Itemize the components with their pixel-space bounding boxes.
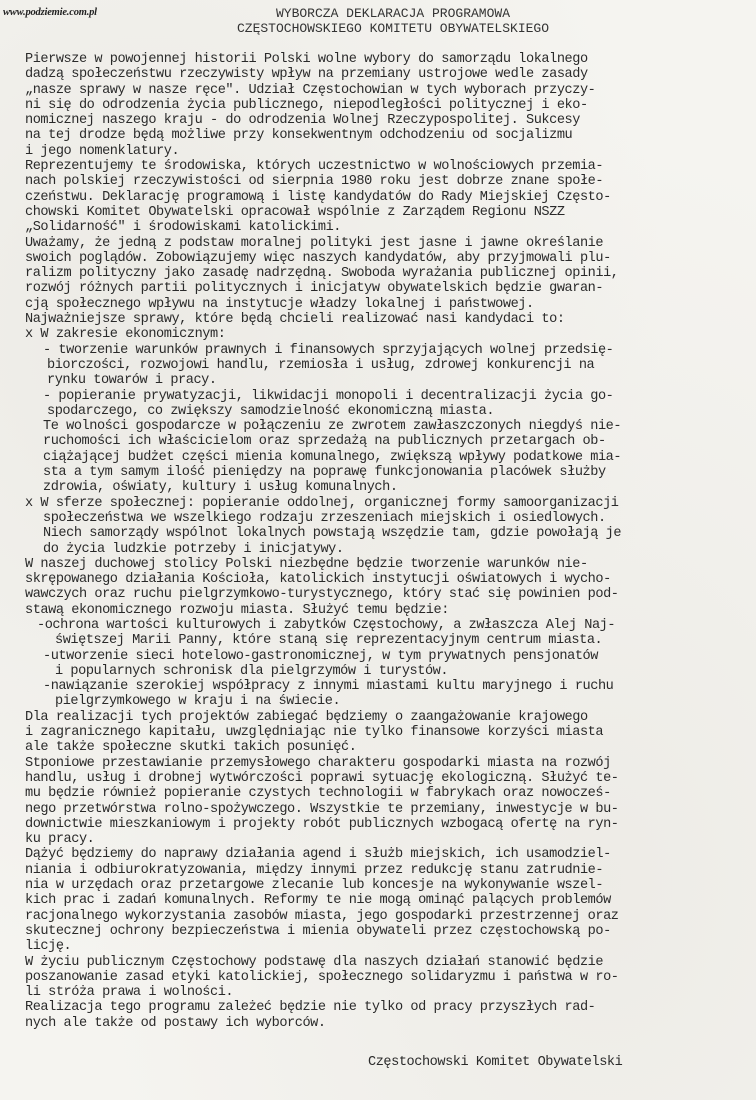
text-line: downictwie mieszkaniowym i projekty robó… (25, 817, 750, 832)
document-title: WYBORCZA DEKLARACJA PROGRAMOWA CZĘSTOCHO… (0, 6, 756, 36)
text-line: ruchomości ich właścicielom oraz sprzeda… (25, 434, 750, 449)
text-line: ni się do odrodzenia życia publicznego, … (25, 98, 750, 113)
text-line: racjonalnego wykorzystania zasobów miast… (25, 909, 750, 924)
text-line: rynku towarów i pracy. (25, 373, 750, 388)
text-line: nomicznej naszego kraju - do odrodzenia … (25, 113, 750, 128)
text-line: swoich poglądów. Zobowiązujemy więc nasz… (25, 251, 750, 266)
text-line: W życiu publicznym Częstochowy podstawę … (25, 955, 750, 970)
text-line: ralizm polityczny jako zasadę nadrzędną.… (25, 266, 750, 281)
text-line: Realizacja tego programu zależeć będzie … (25, 1000, 750, 1015)
text-line: skrępowanego działania Kościoła, katolic… (25, 572, 750, 587)
text-line: niania i odbiurokratyzowania, między inn… (25, 863, 750, 878)
signature: Częstochowski Komitet Obywatelski (368, 1055, 622, 1070)
text-line: społeczeństwa we wszelkiego rodzaju zrze… (25, 511, 750, 526)
text-line: zdrowia, oświaty, kultury i usług komuna… (25, 480, 750, 495)
text-line: świętszej Marii Panny, które staną się r… (25, 633, 750, 648)
text-line: stawą ekonomicznego rozwoju miasta. Służ… (25, 603, 750, 618)
text-line: chowski Komitet Obywatelski opracował ws… (25, 205, 750, 220)
text-line: skutecznej ochrony bezpieczeństwa i mien… (25, 924, 750, 939)
text-line: do życia ludzkie potrzeby i inicjatywy. (25, 542, 750, 557)
text-line: cją społecznego wpływu na instytucje wła… (25, 297, 750, 312)
text-line: nych ale także od postawy ich wyborców. (25, 1016, 750, 1031)
text-line: -nawiązanie szerokiej współpracy z innym… (25, 679, 750, 694)
text-line: „Solidarność" i środowiskami katolickimi… (25, 220, 750, 235)
text-line: sta a tym samym ilość pieniędzy na popra… (25, 465, 750, 480)
text-line: dadzą społeczeństwu rzeczywisty wpływ na… (25, 67, 750, 82)
text-line: - tworzenie warunków prawnych i finansow… (25, 343, 750, 358)
text-line: Uważamy, że jedną z podstaw moralnej pol… (25, 236, 750, 251)
text-line: ciążającej budżet części mienia komunaln… (25, 450, 750, 465)
text-line: Pierwsze w powojennej historii Polski wo… (25, 52, 750, 67)
text-line: Dla realizacji tych projektów zabiegać b… (25, 710, 750, 725)
text-line: - popieranie prywatyzacji, likwidacji mo… (25, 389, 750, 404)
text-line: Niech samorządy wspólnot lokalnych powst… (25, 526, 750, 541)
text-line: spodarczego, co zwiększy samodzielność e… (25, 404, 750, 419)
text-line: handlu, usług i drobnej wytwórczości pop… (25, 771, 750, 786)
text-line: wawczych oraz ruchu pielgrzymkowo-turyst… (25, 587, 750, 602)
text-line: pielgrzymkowego w kraju i na świecie. (25, 694, 750, 709)
text-line: poszanowanie zasad etyki katolickiej, sp… (25, 970, 750, 985)
text-line: ku pracy. (25, 832, 750, 847)
text-line: W naszej duchowej stolicy Polski niezbęd… (25, 557, 750, 572)
text-line: Dążyć będziemy do naprawy działania agen… (25, 847, 750, 862)
text-line: „nasze sprawy w nasze ręce". Udział Częs… (25, 83, 750, 98)
text-line: kich prac i zadań komunalnych. Reformy t… (25, 893, 750, 908)
text-line: nego przetwórstwa rolno-spożywczego. Wsz… (25, 802, 750, 817)
text-line: Reprezentujemy te środowiska, których uc… (25, 159, 750, 174)
text-line: i jego nomenklatury. (25, 144, 750, 159)
text-line: x W zakresie ekonomicznym: (25, 327, 750, 342)
text-line: rozwój różnych partii politycznych i ini… (25, 281, 750, 296)
text-line: i zagranicznego kapitału, uwzględniając … (25, 725, 750, 740)
text-line: nach polskiej rzeczywistości od sierpnia… (25, 174, 750, 189)
title-line-1: WYBORCZA DEKLARACJA PROGRAMOWA (30, 6, 756, 21)
text-line: licję. (25, 939, 750, 954)
text-line: Stponiowe przestawianie przemysłowego ch… (25, 756, 750, 771)
text-line: Najważniejsze sprawy, które będą chcieli… (25, 312, 750, 327)
text-line: ale także społeczne skutki takich posuni… (25, 740, 750, 755)
title-line-2: CZĘSTOCHOWSKIEGO KOMITETU OBYWATELSKIEGO (30, 21, 756, 36)
text-line: biorczości, rozwojowi handlu, rzemiosła … (25, 358, 750, 373)
text-line: x W sferze społecznej: popieranie oddoln… (25, 496, 750, 511)
text-line: -utworzenie sieci hotelowo-gastronomiczn… (25, 649, 750, 664)
text-line: czeństwu. Deklarację programową i listę … (25, 190, 750, 205)
text-line: Te wolności gospodarcze w połączeniu ze … (25, 419, 750, 434)
text-line: li stróża prawa i wolności. (25, 985, 750, 1000)
text-line: nia w urzędach oraz przetargowe zlecanie… (25, 878, 750, 893)
text-line: na tej drodze będą możliwe przy konsekwe… (25, 128, 750, 143)
text-line: i popularnych schronisk dla pielgrzymów … (25, 664, 750, 679)
document-body: Pierwsze w powojennej historii Polski wo… (25, 52, 750, 1031)
text-line: -ochrona wartości kulturowych i zabytków… (25, 618, 750, 633)
text-line: mu będzie również popieranie czystych te… (25, 786, 750, 801)
